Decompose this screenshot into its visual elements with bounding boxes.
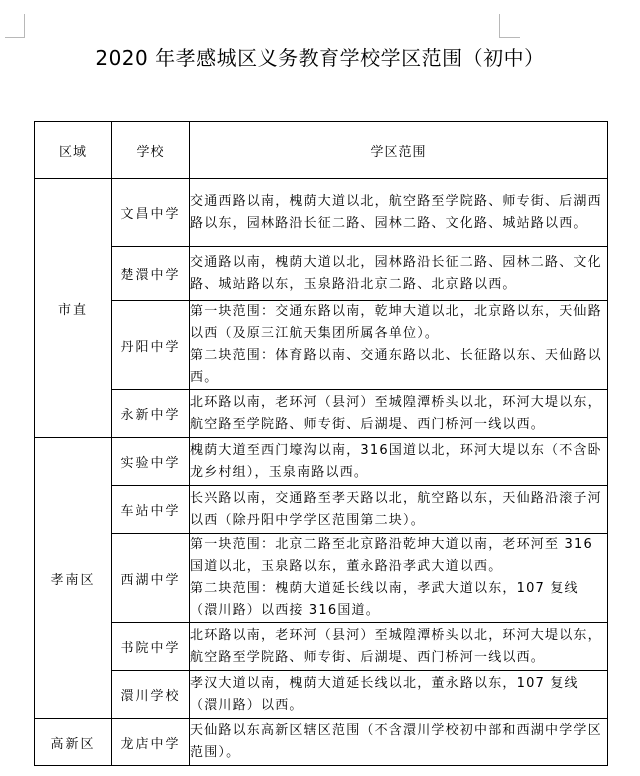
header-scope: 学区范围 bbox=[190, 122, 608, 179]
scope-cell: 天仙路以东高新区辖区范围（不含澴川学校初中部和西湖中学学区范围）。 bbox=[190, 719, 608, 766]
school-cell: 车站中学 bbox=[112, 486, 190, 534]
scope-cell: 交通西路以南，槐荫大道以北，航空路至学院路、师专街、后湖西路以东，园林路沿长征二… bbox=[190, 179, 608, 247]
scope-text: 第一块范围：交通东路以南，乾坤大道以北，北京路以东，天仙路以西（及原三江航天集团… bbox=[190, 301, 607, 345]
table-row: 楚澴中学 交通路以南，槐荫大道以北，园林路沿长征二路、园林二路、文化路、城站路以… bbox=[35, 247, 608, 301]
table-row: 书院中学 北环路以南，老环河（县河）至城隍潭桥头以北，环河大堤以东，航空路至学院… bbox=[35, 623, 608, 671]
table-row: 西湖中学 第一块范围：北京二路至北京路沿乾坤大道以南，老环河至 316 国道以北… bbox=[35, 534, 608, 623]
scope-text: 交通路以南，槐荫大道以北，园林路沿长征二路、园林二路、文化路、城站路以东，玉泉路… bbox=[190, 252, 607, 296]
scope-text: 长兴路以南，交通路至孝天路以北，航空路以东，天仙路沿滚子河以西（除丹阳中学学区范… bbox=[190, 488, 607, 532]
school-cell: 丹阳中学 bbox=[112, 301, 190, 390]
region-cell: 高新区 bbox=[35, 719, 112, 766]
school-cell: 文昌中学 bbox=[112, 179, 190, 247]
scope-text: 孝汉大道以南，槐荫大道延长线以北，董永路以东，107 复线（澴川路）以西。 bbox=[190, 673, 607, 717]
scope-cell: 交通路以南，槐荫大道以北，园林路沿长征二路、园林二路、文化路、城站路以东，玉泉路… bbox=[190, 247, 608, 301]
school-cell: 澴川学校 bbox=[112, 671, 190, 719]
scope-cell: 孝汉大道以南，槐荫大道延长线以北，董永路以东，107 复线（澴川路）以西。 bbox=[190, 671, 608, 719]
scope-text: 北环路以南，老环河（县河）至城隍潭桥头以北，环河大堤以东，航空路至学院路、师专街… bbox=[190, 392, 607, 436]
table-row: 澴川学校 孝汉大道以南，槐荫大道延长线以北，董永路以东，107 复线（澴川路）以… bbox=[35, 671, 608, 719]
scope-text: 天仙路以东高新区辖区范围（不含澴川学校初中部和西湖中学学区范围）。 bbox=[190, 720, 607, 764]
table-row: 高新区 龙店中学 天仙路以东高新区辖区范围（不含澴川学校初中部和西湖中学学区范围… bbox=[35, 719, 608, 766]
scope-cell: 槐荫大道至西门壕沟以南，316国道以北，环河大堤以东（不含卧龙乡村组），玉泉南路… bbox=[190, 438, 608, 486]
school-cell: 西湖中学 bbox=[112, 534, 190, 623]
scope-text: 第二块范围：槐荫大道延长线以南，孝武大道以东，107 复线（澴川路）以西接 31… bbox=[190, 578, 607, 622]
scope-cell: 北环路以南，老环河（县河）至城隍潭桥头以北，环河大堤以东，航空路至学院路、师专街… bbox=[190, 390, 608, 438]
region-cell: 市直 bbox=[35, 179, 112, 438]
scope-text: 第一块范围：北京二路至北京路沿乾坤大道以南，老环河至 316 国道以北，玉泉路以… bbox=[190, 534, 607, 578]
header-region: 区域 bbox=[35, 122, 112, 179]
table-row: 丹阳中学 第一块范围：交通东路以南，乾坤大道以北，北京路以东，天仙路以西（及原三… bbox=[35, 301, 608, 390]
scope-cell: 第一块范围：交通东路以南，乾坤大道以北，北京路以东，天仙路以西（及原三江航天集团… bbox=[190, 301, 608, 390]
table-row: 市直 文昌中学 交通西路以南，槐荫大道以北，航空路至学院路、师专街、后湖西路以东… bbox=[35, 179, 608, 247]
school-cell: 楚澴中学 bbox=[112, 247, 190, 301]
scope-text: 交通西路以南，槐荫大道以北，航空路至学院路、师专街、后湖西路以东，园林路沿长征二… bbox=[190, 191, 607, 235]
table-row: 永新中学 北环路以南，老环河（县河）至城隍潭桥头以北，环河大堤以东，航空路至学院… bbox=[35, 390, 608, 438]
scope-text: 第二块范围：体育路以南、交通东路以北、长征路以东、天仙路以西。 bbox=[190, 345, 607, 389]
page-corner-mark-right bbox=[499, 14, 520, 38]
scope-cell: 第一块范围：北京二路至北京路沿乾坤大道以南，老环河至 316 国道以北，玉泉路以… bbox=[190, 534, 608, 623]
header-school: 学校 bbox=[112, 122, 190, 179]
scope-text: 槐荫大道至西门壕沟以南，316国道以北，环河大堤以东（不含卧龙乡村组），玉泉南路… bbox=[190, 440, 607, 484]
scope-cell: 长兴路以南，交通路至孝天路以北，航空路以东，天仙路沿滚子河以西（除丹阳中学学区范… bbox=[190, 486, 608, 534]
page-corner-mark-left bbox=[5, 14, 25, 38]
scope-text: 北环路以南，老环河（县河）至城隍潭桥头以北，环河大堤以东，航空路至学院路、师专街… bbox=[190, 625, 607, 669]
scope-cell: 北环路以南，老环河（县河）至城隍潭桥头以北，环河大堤以东，航空路至学院路、师专街… bbox=[190, 623, 608, 671]
school-cell: 龙店中学 bbox=[112, 719, 190, 766]
document-title: 2020 年孝感城区义务教育学校学区范围（初中） bbox=[0, 44, 640, 72]
school-district-table: 区域 学校 学区范围 市直 文昌中学 交通西路以南，槐荫大道以北，航空路至学院路… bbox=[34, 121, 608, 766]
school-cell: 实验中学 bbox=[112, 438, 190, 486]
table-row: 车站中学 长兴路以南，交通路至孝天路以北，航空路以东，天仙路沿滚子河以西（除丹阳… bbox=[35, 486, 608, 534]
table-row: 孝南区 实验中学 槐荫大道至西门壕沟以南，316国道以北，环河大堤以东（不含卧龙… bbox=[35, 438, 608, 486]
header-row: 区域 学校 学区范围 bbox=[35, 122, 608, 179]
school-cell: 书院中学 bbox=[112, 623, 190, 671]
school-cell: 永新中学 bbox=[112, 390, 190, 438]
region-cell: 孝南区 bbox=[35, 438, 112, 719]
